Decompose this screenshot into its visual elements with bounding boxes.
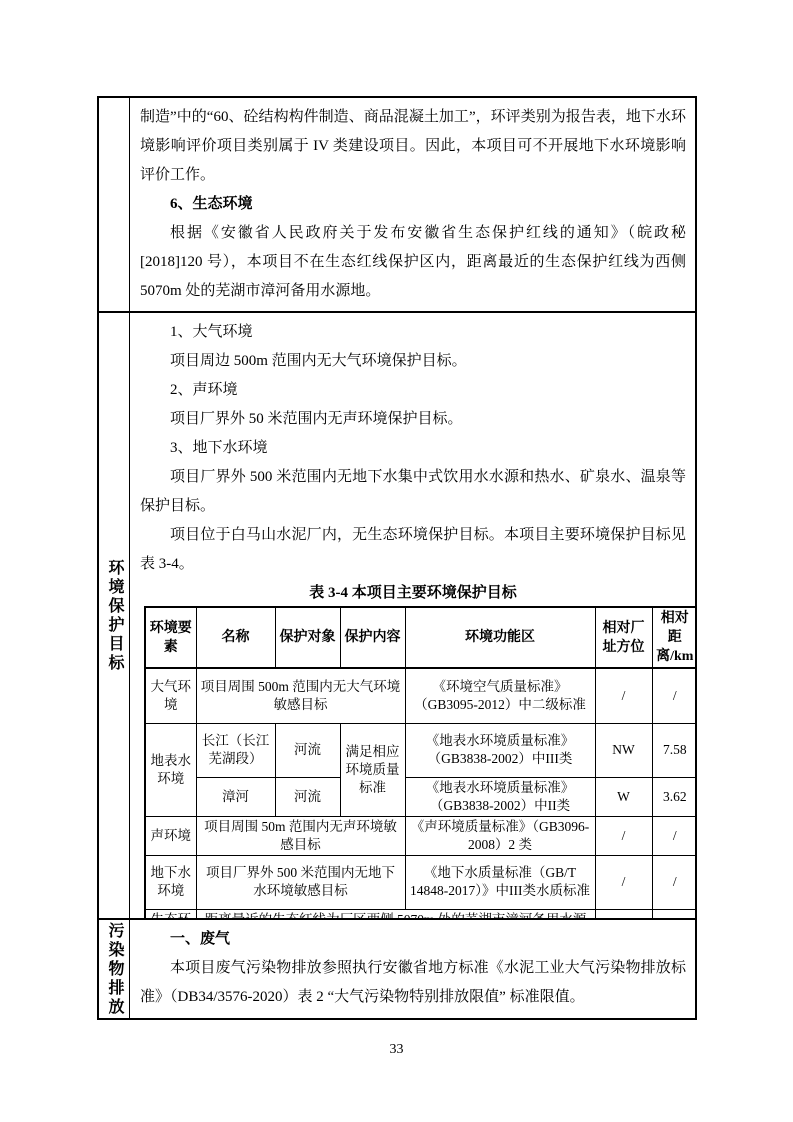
- cell-changjiang-zone: 《地表水环境质量标准》（GB3838-2002）中III类: [405, 723, 595, 777]
- cell-air-direction: /: [595, 668, 652, 723]
- cell-groundwater-target: 项目厂界外 500 米范围内无地下水环境敏感目标: [196, 855, 405, 909]
- header-protect-object: 保护对象: [275, 607, 340, 668]
- table-row-groundwater: 地下水环境 项目厂界外 500 米范围内无地下水环境敏感目标 《地下水质量标准（…: [145, 855, 695, 909]
- table-3-4: 环境要素 名称 保护对象 保护内容 环境功能区 相对厂址方位 相对距离/km 大…: [144, 606, 695, 918]
- cell-changjiang-object: 河流: [275, 723, 340, 777]
- document-page: 制造”中的“60、砼结构构件制造、商品混凝土加工”，环评类别为报告表，地下水环境…: [0, 0, 793, 1122]
- protection-paragraph: 1、大气环境: [140, 318, 686, 347]
- cell-air-distance: /: [652, 668, 695, 723]
- section-label-pollutant: 污染物排放: [106, 922, 122, 1017]
- intro-heading-eco: 6、生态环境: [140, 190, 686, 219]
- cell-eco-direction: W: [595, 909, 652, 918]
- header-direction: 相对厂址方位: [595, 607, 652, 668]
- cell-noise-target: 项目周围 50m 范围内无声环境敏感目标: [196, 816, 405, 855]
- report-form-table: 制造”中的“60、砼结构构件制造、商品混凝土加工”，环评类别为报告表，地下水环境…: [97, 96, 697, 1020]
- table-row-eco: 生态环境 距离最近的生态红线为厂区西侧 5070m 处的芜湖市漳河备用水源地 W…: [145, 909, 695, 918]
- page-number: 33: [0, 1042, 793, 1058]
- cell-air-zone: 《环境空气质量标准》（GB3095-2012）中二级标准: [405, 668, 595, 723]
- cell-noise-zone: 《声环境质量标准》（GB3096-2008）2 类: [405, 816, 595, 855]
- emission-paragraph: 本项目废气污染物排放参照执行安徽省地方标准《水泥工业大气污染物排放标准》（DB3…: [140, 954, 686, 1012]
- cell-noise-distance: /: [652, 816, 695, 855]
- cell-noise-direction: /: [595, 816, 652, 855]
- cell-zhanghe-object: 河流: [275, 777, 340, 816]
- section-intro-stub: [99, 98, 130, 311]
- cell-groundwater-zone: 《地下水质量标准（GB/T 14848-2017）》中III类水质标准: [405, 855, 595, 909]
- cell-changjiang-distance: 7.58: [652, 723, 695, 777]
- header-function-zone: 环境功能区: [405, 607, 595, 668]
- protection-paragraph: 项目厂界外 500 米范围内无地下水集中式饮用水水源和热水、矿泉水、温泉等保护目…: [140, 463, 686, 521]
- cell-groundwater-factor: 地下水环境: [145, 855, 196, 909]
- section-protection-content: 1、大气环境 项目周边 500m 范围内无大气环境保护目标。 2、声环境 项目厂…: [130, 313, 695, 918]
- cell-changjiang-direction: NW: [595, 723, 652, 777]
- cell-eco-distance: 5070: [652, 909, 695, 918]
- cell-noise-factor: 声环境: [145, 816, 196, 855]
- emission-heading-waste-gas: 一、废气: [140, 925, 686, 954]
- section-pollutant-discharge: 污染物排放 一、废气 本项目废气污染物排放参照执行安徽省地方标准《水泥工业大气污…: [99, 918, 695, 1018]
- table-header-row: 环境要素 名称 保护对象 保护内容 环境功能区 相对厂址方位 相对距离/km: [145, 607, 695, 668]
- protection-paragraph: 3、地下水环境: [140, 434, 686, 463]
- intro-paragraph-1: 制造”中的“60、砼结构构件制造、商品混凝土加工”，环评类别为报告表，地下水环境…: [140, 103, 686, 190]
- intro-paragraph-2: 根据《安徽省人民政府关于发布安徽省生态保护红线的通知》（皖政秘[2018]120…: [140, 219, 686, 306]
- cell-surface-factor: 地表水环境: [145, 723, 196, 816]
- protection-paragraph: 项目厂界外 50 米范围内无声环境保护目标。: [140, 405, 686, 434]
- cell-eco-target: 距离最近的生态红线为厂区西侧 5070m 处的芜湖市漳河备用水源地: [196, 909, 595, 918]
- table-row-zhanghe: 漳河 河流 《地表水环境质量标准》（GB3838-2002）中II类 W 3.6…: [145, 777, 695, 816]
- table-row-air: 大气环境 项目周围 500m 范围内无大气环境敏感目标 《环境空气质量标准》（G…: [145, 668, 695, 723]
- section-protection-stub: 环境保护目标: [99, 313, 130, 918]
- table-3-4-title: 表 3-4 本项目主要环境保护目标: [140, 581, 686, 605]
- cell-air-factor: 大气环境: [145, 668, 196, 723]
- header-distance: 相对距离/km: [652, 607, 695, 668]
- cell-zhanghe-name: 漳河: [196, 777, 275, 816]
- section-intro: 制造”中的“60、砼结构构件制造、商品混凝土加工”，环评类别为报告表，地下水环境…: [99, 98, 695, 311]
- section-label-protection: 环境保护目标: [106, 559, 122, 673]
- section-protection-targets: 环境保护目标 1、大气环境 项目周边 500m 范围内无大气环境保护目标。 2、…: [99, 311, 695, 918]
- protection-paragraph: 项目周边 500m 范围内无大气环境保护目标。: [140, 347, 686, 376]
- cell-zhanghe-distance: 3.62: [652, 777, 695, 816]
- cell-surface-content: 满足相应环境质量标准: [340, 723, 405, 816]
- protection-paragraph: 项目位于白马山水泥厂内，无生态环境保护目标。本项目主要环境保护目标见表 3-4。: [140, 521, 686, 579]
- cell-changjiang-name: 长江（长江芜湖段）: [196, 723, 275, 777]
- cell-eco-factor: 生态环境: [145, 909, 196, 918]
- header-name: 名称: [196, 607, 275, 668]
- header-env-factor: 环境要素: [145, 607, 196, 668]
- cell-groundwater-direction: /: [595, 855, 652, 909]
- section-intro-content: 制造”中的“60、砼结构构件制造、商品混凝土加工”，环评类别为报告表，地下水环境…: [130, 98, 695, 311]
- table-row-changjiang: 地表水环境 长江（长江芜湖段） 河流 满足相应环境质量标准 《地表水环境质量标准…: [145, 723, 695, 777]
- header-protect-content: 保护内容: [340, 607, 405, 668]
- table-row-noise: 声环境 项目周围 50m 范围内无声环境敏感目标 《声环境质量标准》（GB309…: [145, 816, 695, 855]
- protection-paragraph: 2、声环境: [140, 376, 686, 405]
- cell-groundwater-distance: /: [652, 855, 695, 909]
- section-pollutant-content: 一、废气 本项目废气污染物排放参照执行安徽省地方标准《水泥工业大气污染物排放标准…: [130, 920, 695, 1018]
- cell-zhanghe-zone: 《地表水环境质量标准》（GB3838-2002）中II类: [405, 777, 595, 816]
- section-pollutant-stub: 污染物排放: [99, 920, 130, 1018]
- cell-air-target: 项目周围 500m 范围内无大气环境敏感目标: [196, 668, 405, 723]
- cell-zhanghe-direction: W: [595, 777, 652, 816]
